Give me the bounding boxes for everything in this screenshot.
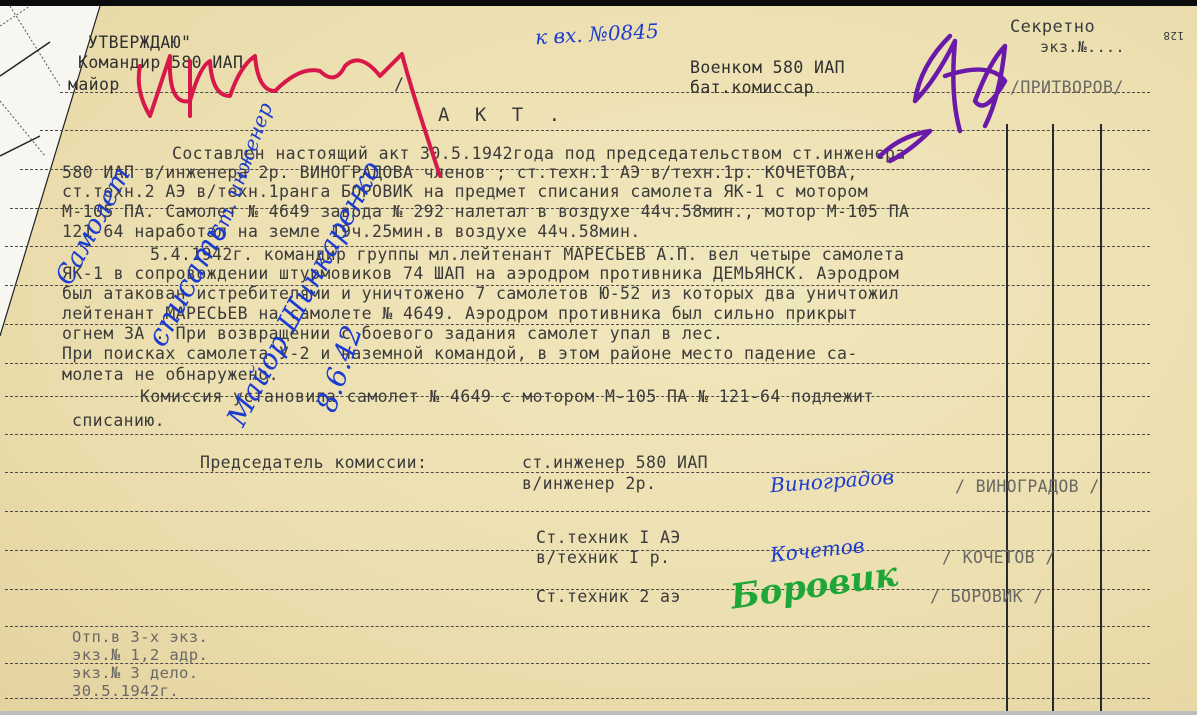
- document-title: А К Т .: [438, 106, 567, 124]
- copy-number: экз.№....: [1040, 38, 1125, 56]
- rule: [5, 363, 1150, 364]
- commissar-name: /ПРИТВОРОВ/: [1010, 79, 1124, 97]
- body-line: 5.4.1942г. командир группы мл.лейтенант …: [150, 246, 904, 264]
- commissar-line-1: Военком 580 ИАП: [690, 59, 845, 77]
- footer-line-1: Отп.в 3-х экз.: [72, 628, 208, 646]
- member1-name: / КОЧЕТОВ /: [942, 549, 1056, 567]
- member1-rank-2: в/техник I р.: [536, 549, 670, 567]
- rule: [5, 511, 1150, 512]
- body-line: 580 ИАП в/инженера 2р. ВИНОГРАДОВА члено…: [62, 164, 858, 182]
- vertical-margin-line: [1052, 124, 1054, 711]
- purple-signature-icon: [880, 36, 1005, 161]
- member2-rank: Ст.техник 2 аэ: [536, 588, 681, 606]
- chairman-name: / ВИНОГРАДОВ /: [955, 478, 1100, 496]
- approval-line-2: Командир 580 ИАП: [78, 54, 243, 72]
- body-line: ст.техн.2 АЭ в/техн.1ранга БОРОВИК на пр…: [62, 183, 868, 201]
- footer-line-2: экз.№ 1,2 адр.: [72, 646, 208, 664]
- body-line: Составлен настоящий акт 30.5.1942года по…: [172, 145, 906, 163]
- body-line: списанию.: [72, 412, 165, 430]
- rule: [5, 626, 1150, 627]
- chairman-rank-1: ст.инженер 580 ИАП: [522, 454, 708, 472]
- rule: [40, 130, 1150, 131]
- footer-line-3: экз.№ 3 дело.: [72, 664, 199, 682]
- secret-stamp: Секретно: [1010, 18, 1095, 36]
- page-number: 128: [1163, 26, 1184, 44]
- rule: [5, 434, 1150, 435]
- approval-line-1: УТВЕРЖДАЮ": [88, 34, 191, 52]
- body-line: М-105 ПА. Самолет № 4649 завода № 292 на…: [62, 203, 909, 221]
- member2-signature: Боровик: [728, 554, 900, 617]
- approval-line-3: майор: [68, 76, 120, 94]
- footer-line-4: 30.5.1942г.: [72, 682, 179, 700]
- chairman-label: Председатель комиссии:: [200, 454, 427, 472]
- rule: [5, 472, 1150, 473]
- approval-slash: /: [394, 76, 404, 94]
- chairman-signature: Виноградов: [769, 465, 894, 498]
- bottom-border: [0, 711, 1197, 715]
- commissar-line-2: бат.комиссар: [690, 79, 814, 97]
- vertical-margin-line: [1100, 124, 1102, 711]
- vertical-margin-line: [1006, 124, 1008, 711]
- member1-rank-1: Ст.техник I АЭ: [536, 529, 681, 547]
- body-line: При поисках самолета У-2 и наземной кома…: [62, 345, 858, 363]
- member2-name: / БОРОВИК /: [930, 588, 1044, 606]
- rule: [60, 92, 1150, 93]
- chairman-rank-2: в/инженер 2р.: [522, 475, 656, 493]
- document-page: УТВЕРЖДАЮ" Командир 580 ИАП майор / к вх…: [0, 6, 1197, 711]
- incoming-number-note: к вх. №0845: [534, 19, 659, 49]
